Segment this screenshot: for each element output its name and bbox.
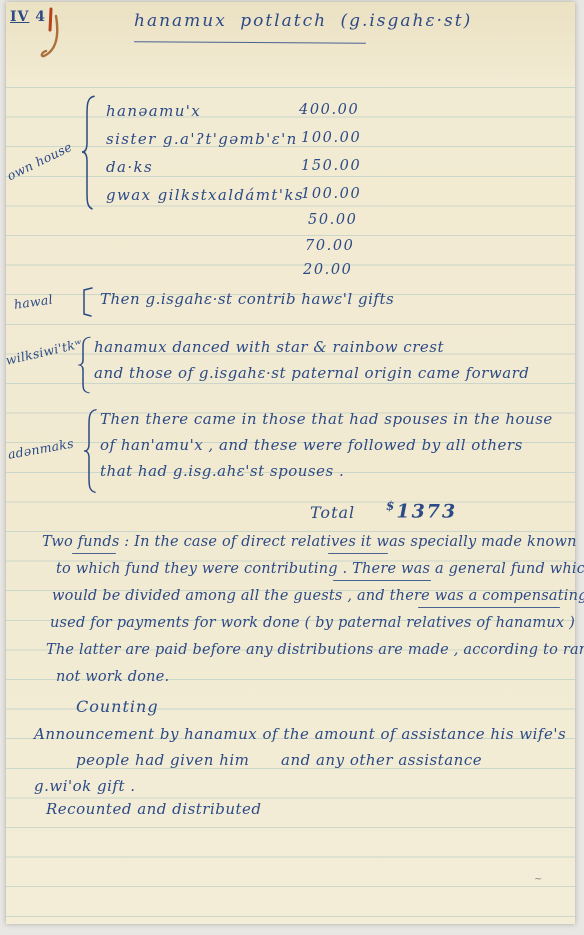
margin-note-wilksiwitk: wilksiwi'tkʷ: [4, 337, 83, 368]
margin-note-hawal: hawal: [13, 293, 54, 312]
paragraph-line: not work done.: [56, 670, 169, 686]
ruled-lines: [6, 87, 575, 920]
section-line: and those of g.isgahε·st paternal origin…: [94, 365, 529, 382]
margin-note-adenmaks: adənmaks: [7, 437, 75, 462]
bracket-icon: [80, 286, 94, 318]
underline-specially: [328, 553, 388, 554]
counting-line: Recounted and distributed: [46, 801, 262, 818]
contribution-amount: 70.00: [305, 239, 355, 255]
section-line: that had g.isg.ahε'st spouses .: [100, 463, 344, 480]
contribution-amount: 100.00: [301, 131, 361, 147]
contribution-name: sister g.a'ʔt'gəmb'ε'n: [106, 131, 298, 148]
total-label: Total: [310, 504, 355, 522]
contribution-name: gwax gilkstxaldámt'ks: [106, 187, 304, 204]
contribution-amount: 150.00: [301, 159, 361, 175]
counting-heading: Counting: [76, 698, 159, 716]
total-amount: $1373: [386, 500, 457, 522]
counting-line: Announcement by hanamux of the amount of…: [34, 726, 566, 743]
brace-icon: [82, 408, 98, 494]
paragraph-line: used for payments for work done ( by pat…: [50, 616, 575, 632]
margin-note-own-house: own house: [5, 140, 74, 183]
underline-general-fund: [333, 580, 431, 581]
page-number-roman: IV: [10, 9, 29, 25]
contribution-name: da·ks: [106, 159, 153, 176]
list-brace-icon: [80, 94, 96, 210]
paragraph-line: to which fund they were contributing . T…: [56, 562, 584, 578]
paper-sheet: IV 4 hanamux potlatch (g.isgahε·st) own …: [6, 2, 575, 924]
section-line: Then g.isgahε·st contrib hawε'l gifts: [100, 291, 394, 308]
paragraph-line: would be divided among all the guests , …: [52, 589, 584, 605]
counting-line: g.wi'ok gift .: [34, 778, 136, 795]
contribution-name: hanəamu'x: [106, 103, 201, 120]
rust-stain: [38, 4, 68, 66]
total-value: 1373: [396, 500, 457, 522]
contribution-amount: 400.00: [299, 103, 359, 119]
paragraph-line: Two funds : In the case of direct relati…: [42, 535, 577, 551]
section-line: Then there came in those that had spouse…: [100, 411, 553, 428]
scanned-notebook-page: { "page": { "corner_roman": "IV", "corne…: [0, 0, 584, 935]
title-underline: [134, 41, 366, 44]
document-title: hanamux potlatch (g.isgahε·st): [134, 12, 472, 31]
contribution-amount: 100.00: [301, 187, 361, 203]
underline-funds: [72, 553, 116, 554]
section-line: of han'amu'x , and these were followed b…: [100, 437, 523, 454]
section-line: hanamux danced with star & rainbow crest: [94, 339, 444, 356]
contribution-amount: 20.00: [303, 263, 353, 279]
underline-compensating-fund: [418, 607, 560, 608]
brace-icon: [76, 336, 92, 394]
counting-line: people had given him and any other assis…: [76, 752, 482, 769]
paragraph-line: The latter are paid before any distribut…: [46, 643, 584, 659]
contribution-amount: 50.00: [308, 213, 358, 229]
pencil-mark: ~: [534, 874, 542, 885]
currency-symbol: $: [386, 499, 396, 513]
